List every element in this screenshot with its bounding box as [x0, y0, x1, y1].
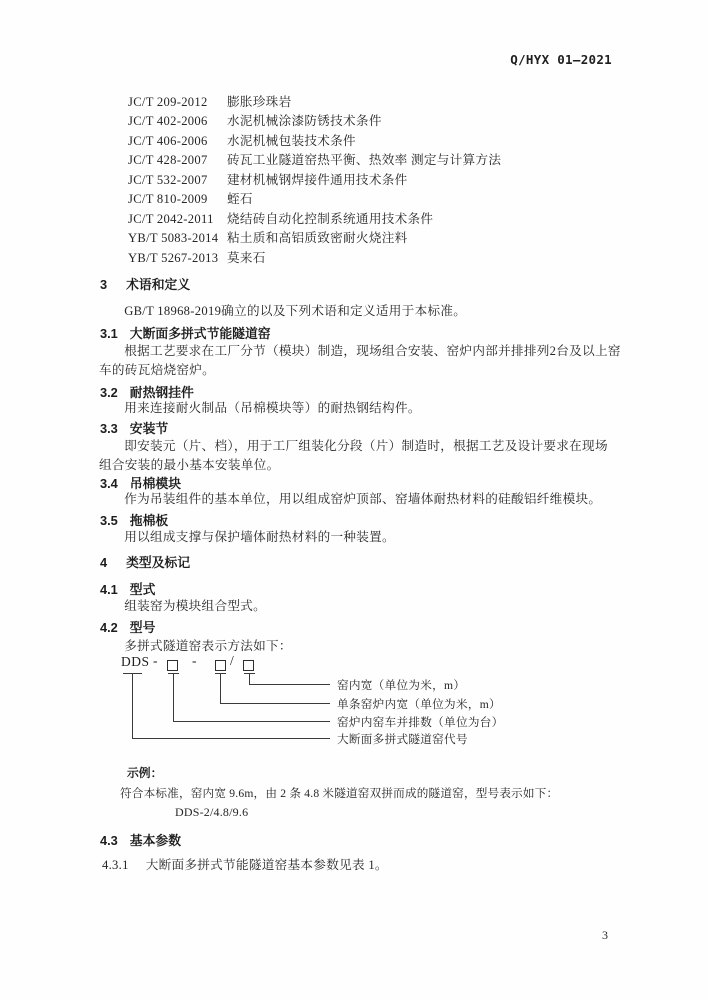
reference-title: 烧结砖自动化控制系统通用技术条件 [227, 212, 433, 226]
reference-item: YB/T 5083-2014粘土质和高铝质致密耐火烧注料 [128, 229, 501, 248]
section-title: 类型及标记 [126, 555, 190, 570]
reference-item: YB/T 5267-2013莫来石 [128, 249, 501, 268]
reference-code: JC/T 402-2006 [128, 112, 227, 131]
reference-code: JC/T 406-2006 [128, 132, 227, 151]
clause-3-5-heading: 3.5拖棉板 [100, 510, 168, 529]
diagram-label-kiln-inner-width: 窑内宽（单位为米，m） [337, 677, 465, 693]
clause-number: 4.3 [100, 833, 118, 848]
clause-3-1-heading: 3.1大断面多拼式节能隧道窑 [100, 323, 271, 342]
reference-title: 蛭石 [227, 192, 253, 206]
reference-item: JC/T 428-2007砖瓦工业隧道窑热平衡、热效率 测定与计算方法 [128, 151, 501, 170]
model-prefix: DDS [121, 654, 150, 670]
reference-title: 砖瓦工业隧道窑热平衡、热效率 测定与计算方法 [227, 153, 501, 167]
connector-line [173, 673, 174, 721]
clause-3-1-body: 根据工艺要求在工厂分节（模块）制造，现场组合安装、窑炉内部并排排列2台及以上窑 … [99, 342, 644, 381]
reference-code: JC/T 209-2012 [128, 93, 227, 112]
model-dash: - [153, 653, 158, 669]
connector-line [220, 703, 330, 704]
document-page: Q/HYX 01—2021 JC/T 209-2012膨胀珍珠岩 JC/T 40… [0, 0, 707, 1000]
clause-number: 3.3 [100, 421, 118, 436]
model-box-kiln-width [243, 660, 254, 671]
clause-number: 3.2 [100, 385, 118, 400]
reference-item: JC/T 209-2012膨胀珍珠岩 [128, 93, 501, 112]
section-title: 术语和定义 [126, 277, 190, 292]
section-number: 4 [100, 555, 107, 570]
reference-code: JC/T 532-2007 [128, 171, 227, 190]
clause-4-3-1: 4.3.1大断面多拼式节能隧道窑基本参数见表 1。 [102, 854, 388, 873]
clause-title: 安装节 [130, 421, 168, 436]
clause-3-5-body: 用以组成支撑与保护墙体耐热材料的一种装置。 [99, 528, 644, 547]
clause-title: 基本参数 [130, 833, 181, 848]
diagram-label-code-name: 大断面多拼式隧道窑代号 [337, 731, 468, 747]
diagram-label-car-rows: 窑炉内窑车并排数（单位为台） [337, 714, 504, 730]
clause-number: 3.1 [100, 326, 118, 341]
diagram-label-single-kiln-width: 单条窑炉内宽（单位为米，m） [337, 696, 501, 712]
clause-4-3-heading: 4.3基本参数 [100, 830, 181, 849]
clause-title: 拖棉板 [130, 513, 168, 528]
model-dash: - [192, 653, 197, 669]
clause-4-2-intro: 多拼式隧道窑表示方法如下： [99, 637, 644, 656]
clause-3-2-body: 用来连接耐火制品（吊棉模块等）的耐热钢结构件。 [99, 399, 644, 418]
reference-code: JC/T 2042-2011 [128, 210, 227, 229]
clause-title: 型号 [130, 620, 156, 635]
reference-title: 粘土质和高铝质致密耐火烧注料 [227, 231, 408, 245]
section-4-heading: 4类型及标记 [100, 552, 190, 571]
model-box-single-width [215, 660, 226, 671]
reference-title: 水泥机械涂漆防锈技术条件 [227, 114, 382, 128]
connector-line [173, 721, 330, 722]
reference-item: JC/T 2042-2011烧结砖自动化控制系统通用技术条件 [128, 210, 501, 229]
example-label: 示例： [127, 764, 162, 781]
connector-line [249, 684, 330, 685]
section-number: 3 [100, 277, 107, 292]
connector-line [132, 738, 330, 739]
clause-3-3-heading: 3.3安装节 [100, 418, 168, 437]
clause-number: 4.2 [100, 620, 118, 635]
model-box-rows [167, 660, 178, 671]
clause-4-1-body: 组装窑为模块组合型式。 [99, 597, 644, 616]
reference-item: JC/T 406-2006水泥机械包装技术条件 [128, 132, 501, 151]
clause-title: 耐热钢挂件 [130, 385, 194, 400]
clause-text: 大断面多拼式节能隧道窑基本参数见表 1。 [146, 858, 388, 872]
connector-line [132, 673, 133, 738]
standard-code: Q/HYX 01—2021 [510, 52, 612, 67]
connector-line [220, 673, 221, 703]
clause-4-1-heading: 4.1型式 [100, 579, 155, 598]
connector-line [249, 673, 250, 684]
clause-title: 大断面多拼式节能隧道窑 [130, 326, 271, 341]
clause-4-2-heading: 4.2型号 [100, 617, 155, 636]
page-number: 3 [602, 928, 608, 943]
clause-title: 吊棉模块 [130, 476, 181, 491]
reference-title: 莫来石 [227, 251, 266, 265]
terms-intro: GB/T 18968-2019确立的以及下列术语和定义适用于本标准。 [99, 302, 644, 321]
reference-code: YB/T 5267-2013 [128, 249, 227, 268]
reference-item: JC/T 810-2009蛭石 [128, 190, 501, 209]
clause-number: 4.3.1 [102, 858, 129, 872]
clause-3-3-body: 即安装元（片、档），用于工厂组装化分段（片）制造时，根据工艺及设计要求在现场 组… [99, 437, 644, 476]
clause-title: 型式 [130, 582, 156, 597]
model-slash: / [230, 653, 234, 669]
section-3-heading: 3术语和定义 [100, 274, 190, 293]
reference-item: JC/T 402-2006水泥机械涂漆防锈技术条件 [128, 112, 501, 131]
references-list: JC/T 209-2012膨胀珍珠岩 JC/T 402-2006水泥机械涂漆防锈… [128, 93, 501, 268]
reference-item: JC/T 532-2007建材机械钢焊接件通用技术条件 [128, 171, 501, 190]
reference-title: 水泥机械包装技术条件 [227, 134, 356, 148]
reference-code: JC/T 428-2007 [128, 151, 227, 170]
clause-number: 3.5 [100, 513, 118, 528]
example-text: 符合本标准，窑内宽 9.6m，由 2 条 4.8 米隧道窑双拼而成的隧道窑，型号… [120, 785, 558, 801]
example-model-code: DDS-2/4.8/9.6 [175, 805, 248, 820]
clause-number: 3.4 [100, 476, 118, 491]
reference-title: 建材机械钢焊接件通用技术条件 [227, 173, 408, 187]
clause-3-4-body: 作为吊装组件的基本单位，用以组成窑炉顶部、窑墙体耐热材料的硅酸铝纤维模块。 [99, 490, 644, 509]
clause-number: 4.1 [100, 582, 118, 597]
reference-code: YB/T 5083-2014 [128, 229, 227, 248]
reference-code: JC/T 810-2009 [128, 190, 227, 209]
reference-title: 膨胀珍珠岩 [227, 95, 291, 109]
